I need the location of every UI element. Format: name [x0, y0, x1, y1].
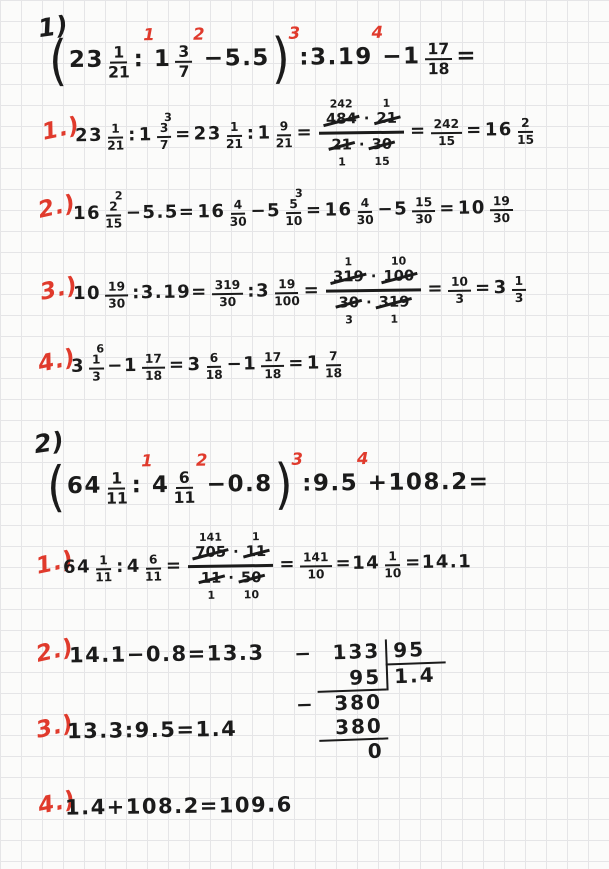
fraction: 37	[157, 122, 172, 152]
product-numerator: 484242·211	[319, 109, 404, 134]
fraction: 121	[226, 121, 243, 151]
fraction-denominator: 10	[285, 214, 302, 228]
replacement-value: 3	[345, 315, 353, 326]
multiplication-dot: ·	[364, 112, 370, 127]
fraction-denominator: 30	[357, 213, 374, 227]
multiplication-dot: ·	[233, 545, 239, 560]
replacement-value: 1	[344, 256, 352, 267]
math-text: 23	[193, 123, 223, 144]
fraction: 111	[106, 470, 128, 507]
replacement-value: 1	[207, 590, 215, 601]
fraction-numerator: 17	[261, 351, 284, 367]
multiplication-dot: ·	[228, 571, 234, 586]
math-text: =	[438, 197, 457, 218]
math-text: =	[295, 121, 314, 142]
replacement-value: 242	[330, 98, 353, 109]
product-fraction: 3191·10010303·3191	[326, 267, 422, 311]
math-text: −1	[225, 353, 258, 374]
minus-sign: −	[296, 693, 319, 717]
math-text: =	[174, 123, 193, 144]
math-text: =	[474, 277, 493, 298]
fraction: 718	[325, 350, 342, 380]
math-text: =	[287, 352, 306, 373]
fraction: 19100	[274, 278, 300, 308]
math-text: 4	[151, 472, 171, 498]
spacer	[297, 742, 320, 766]
math-text: :3	[246, 280, 271, 301]
cancelled-value: 484242	[326, 112, 357, 127]
fraction: 31930	[212, 279, 244, 309]
math-text: =	[305, 199, 324, 220]
math-text: =	[168, 354, 187, 375]
math-line: 23121:1373=23121:1921=484242·211211·3015…	[73, 91, 537, 173]
math-text: 1	[153, 46, 173, 72]
math-text: =	[165, 555, 184, 576]
fraction: 430	[356, 197, 373, 227]
fraction: 1718	[142, 353, 165, 383]
math-text: −5	[249, 200, 282, 221]
fraction: 110	[384, 550, 401, 580]
fraction: 13	[89, 354, 104, 384]
long-division: − 133 95 95 1.4 − 380 380 0	[294, 637, 449, 766]
math-text: 23	[68, 47, 105, 73]
problem-2-expression: (64111:146112−0.8)3:9.54+108.2=	[46, 444, 491, 525]
math-text: 10	[72, 282, 102, 303]
fraction-numerator: 6	[176, 469, 193, 489]
replacement-value: 1	[390, 314, 398, 325]
step-order-marker: 3	[291, 449, 303, 468]
fraction: 1718	[424, 41, 452, 78]
fraction-denominator: 21	[107, 139, 124, 153]
fraction: 215	[105, 201, 122, 231]
fraction-numerator: 1	[89, 354, 104, 370]
math-line: 64111:4611=705141·111111·5010=14110=1411…	[61, 523, 473, 605]
fraction: 611	[173, 469, 195, 506]
math-text: 16	[484, 119, 514, 140]
fraction-denominator: 21	[226, 137, 243, 151]
fraction: 430	[229, 199, 246, 229]
fraction-denominator: 11	[95, 570, 112, 584]
multiplication-dot: ·	[371, 270, 377, 285]
math-text: 64	[62, 556, 92, 577]
fraction: 14110	[300, 551, 332, 581]
math-text: 10	[457, 197, 487, 218]
fraction-numerator: 3	[157, 122, 172, 138]
replacement-value: 1	[383, 98, 391, 109]
math-text: :	[127, 124, 138, 145]
parenthesis: )	[272, 31, 291, 85]
fraction: 13	[511, 275, 526, 305]
fraction-numerator: 319	[212, 279, 244, 295]
product-denominator: 303·3191	[331, 291, 416, 311]
math-text: :	[133, 46, 146, 72]
fraction: 121	[108, 44, 130, 81]
math-line: 3136−11718=3618−11718=1718	[69, 324, 345, 404]
fraction-numerator: 17	[424, 41, 452, 61]
cancelled-value: 211	[376, 111, 397, 126]
math-text: 16	[72, 202, 102, 223]
remainder: 0	[319, 740, 389, 766]
multiplication-dot: ·	[359, 138, 365, 153]
fraction-denominator: 18	[428, 60, 450, 78]
math-text: 4	[126, 555, 142, 576]
fraction-numerator: 10	[448, 276, 471, 292]
math-text: −1	[106, 354, 139, 375]
parenthesis: (	[49, 33, 68, 87]
step-order-marker: 1	[141, 451, 153, 470]
fraction-numerator: 1	[227, 121, 242, 137]
cancelled-value: 5010	[241, 571, 262, 586]
fraction-denominator: 18	[206, 368, 223, 382]
fraction-denominator: 30	[230, 215, 247, 229]
math-text: 1	[306, 352, 322, 373]
fraction-denominator: 11	[145, 569, 162, 583]
math-text: 13.3:9.5=1.4	[66, 717, 239, 743]
replacement-value: 141	[199, 531, 222, 542]
math-text: 3	[186, 354, 202, 375]
fraction-denominator: 21	[108, 63, 130, 81]
conversion-factor: 3	[164, 110, 172, 123]
fraction: 1718	[261, 351, 284, 381]
math-text: =14.1	[404, 551, 473, 573]
replacement-value: 1	[338, 157, 346, 168]
math-text: =	[302, 279, 321, 300]
fraction-numerator: 3	[175, 43, 192, 63]
fraction-numerator: 6	[146, 554, 161, 570]
fraction-numerator: 4	[231, 199, 246, 215]
math-text: =	[409, 120, 428, 141]
fraction-numerator: 19	[105, 281, 128, 297]
fraction-denominator: 11	[106, 489, 128, 507]
fraction-numerator: 5	[286, 198, 301, 214]
fraction-numerator: 9	[277, 120, 292, 136]
parenthesis: (	[47, 459, 66, 513]
fraction: 618	[205, 352, 222, 382]
step-order-marker: 4	[371, 22, 383, 41]
math-line: 13.3:9.5=1.4	[65, 691, 238, 769]
fraction-denominator: 3	[515, 291, 524, 305]
fraction-numerator: 1	[96, 554, 111, 570]
cancelled-value: 3191	[333, 270, 364, 285]
math-text: 1	[256, 122, 272, 143]
step-order-marker: 2	[193, 24, 205, 43]
math-text: :3.19=	[131, 281, 209, 303]
math-text: 1	[138, 124, 154, 145]
spacer	[296, 717, 319, 743]
fraction: 103	[448, 276, 471, 306]
math-text: =	[278, 553, 297, 574]
step-order-marker: 3	[288, 23, 300, 42]
fraction-numerator: 1	[110, 44, 127, 64]
math-text: −5	[376, 198, 409, 219]
problem-1-expression: (23121:11372−5.5)3:3.194−11718=	[48, 18, 479, 98]
fraction-numerator: 1	[385, 550, 400, 566]
math-text: 14.1−0.8=13.3	[68, 641, 266, 668]
math-text: =	[455, 43, 478, 69]
fraction: 921	[275, 120, 292, 150]
conversion-factor: 6	[96, 342, 104, 355]
fraction-numerator: 2	[518, 117, 533, 133]
math-text: 3	[492, 277, 508, 298]
math-text: 1.4+108.2=109.6	[64, 792, 294, 819]
math-line: 14.1−0.8=13.3	[67, 615, 266, 694]
fraction-denominator: 15	[105, 216, 122, 230]
fraction: 37	[175, 43, 192, 80]
math-text: 64	[66, 473, 103, 499]
product-fraction: 484242·211211·3015	[319, 109, 405, 153]
cancelled-value: 3191	[379, 295, 410, 310]
subtrahend: 380	[318, 714, 388, 742]
fraction-denominator: 3	[92, 369, 101, 383]
fraction-denominator: 30	[108, 296, 125, 310]
math-line: 162152−5.5=16430−55103=16430−51530=10193…	[71, 169, 516, 251]
product-numerator: 3191·10010	[326, 267, 422, 292]
fraction: 24215	[431, 118, 463, 148]
spacer	[295, 667, 318, 693]
math-text: :	[131, 472, 144, 498]
fraction-numerator: 15	[412, 196, 435, 212]
math-text: :9.5	[301, 470, 359, 497]
fraction-numerator: 6	[207, 352, 222, 368]
math-text: =	[465, 119, 484, 140]
fraction: 121	[107, 123, 124, 153]
cancelled-value: 303	[338, 296, 359, 311]
replacement-value: 10	[244, 589, 259, 600]
worksheet-page: 1) (23121:11372−5.5)3:3.194−11718= 1.) 2…	[0, 0, 609, 869]
math-text: =14	[334, 552, 381, 574]
minus-sign: −	[294, 642, 317, 668]
cancelled-value: 10010	[383, 269, 414, 284]
parenthesis: )	[274, 457, 293, 511]
fraction-denominator: 15	[517, 133, 534, 147]
division-row: 0	[297, 738, 449, 767]
fraction-numerator: 19	[490, 195, 513, 211]
fraction: 1930	[105, 281, 128, 311]
cancelled-value: 111	[246, 545, 267, 560]
fraction-numerator: 1	[511, 275, 526, 291]
math-text: :	[115, 555, 126, 576]
product-numerator: 705141·111	[188, 543, 273, 568]
math-text: +108.2=	[367, 469, 491, 496]
fraction-denominator: 18	[264, 367, 281, 381]
math-line: 101930:3.19=31930:319100=3191·10010303·3…	[71, 249, 529, 331]
fraction: 111	[95, 554, 112, 584]
fraction-numerator: 4	[358, 197, 373, 213]
product-denominator: 111·5010	[194, 566, 269, 586]
fraction-denominator: 11	[174, 489, 196, 507]
math-text: −0.8	[206, 471, 274, 498]
fraction-denominator: 30	[493, 211, 510, 225]
fraction-numerator: 1	[108, 470, 125, 490]
replacement-value: 15	[374, 156, 389, 167]
math-text: :3.19	[298, 44, 374, 71]
fraction-denominator: 7	[178, 63, 189, 81]
fraction-denominator: 15	[438, 134, 455, 148]
fraction-denominator: 18	[325, 366, 342, 380]
math-text: −5.5=	[125, 201, 197, 223]
brought-down-value: 380	[318, 691, 388, 717]
step-order-marker: 4	[357, 448, 369, 467]
fraction: 510	[285, 198, 302, 228]
math-line: 1.4+108.2=109.6	[63, 766, 294, 845]
cancelled-value: 705141	[195, 545, 226, 560]
fraction-numerator: 2	[106, 201, 121, 217]
math-text: 16	[323, 199, 353, 220]
math-text: 23	[74, 124, 104, 145]
product-fraction: 705141·111111·5010	[188, 543, 274, 587]
fraction: 1930	[490, 195, 513, 225]
replacement-value: 10	[391, 255, 406, 266]
math-text: −5.5	[203, 45, 271, 72]
fraction: 611	[145, 554, 162, 584]
multiplication-dot: ·	[366, 296, 372, 311]
fraction-denominator: 7	[160, 138, 169, 152]
fraction-denominator: 21	[276, 136, 293, 150]
math-text: =	[426, 277, 445, 298]
quotient: 1.4	[386, 663, 447, 691]
divisor: 95	[385, 637, 446, 665]
fraction-numerator: 1	[108, 123, 123, 139]
step-order-marker: 1	[143, 25, 155, 44]
conversion-factor: 2	[115, 189, 123, 202]
subtrahend: 95	[317, 665, 387, 693]
replacement-value: 1	[252, 531, 260, 542]
fraction-numerator: 7	[326, 350, 341, 366]
fraction-denominator: 100	[274, 294, 300, 308]
math-text: 3	[70, 355, 86, 376]
conversion-factor: 3	[295, 186, 303, 199]
fraction-denominator: 10	[384, 566, 401, 580]
cancelled-value: 3015	[372, 137, 393, 152]
math-text: 16	[196, 200, 226, 221]
fraction: 1530	[412, 196, 435, 226]
fraction-denominator: 18	[145, 369, 162, 383]
dividend: 133	[316, 639, 386, 667]
fraction-denominator: 3	[455, 292, 464, 306]
math-text: −1	[381, 43, 422, 69]
fraction-numerator: 17	[142, 353, 165, 369]
product-denominator: 211·3015	[324, 133, 399, 153]
fraction: 215	[517, 117, 534, 147]
fraction-numerator: 242	[431, 118, 463, 134]
fraction-numerator: 141	[300, 551, 332, 567]
step-order-marker: 2	[196, 450, 208, 469]
fraction-denominator: 30	[415, 212, 432, 226]
cancelled-value: 211	[331, 138, 352, 153]
fraction-numerator: 19	[275, 278, 298, 294]
fraction-denominator: 10	[307, 567, 324, 581]
fraction-denominator: 30	[219, 295, 236, 309]
cancelled-value: 111	[201, 571, 222, 586]
math-text: :	[246, 122, 257, 143]
